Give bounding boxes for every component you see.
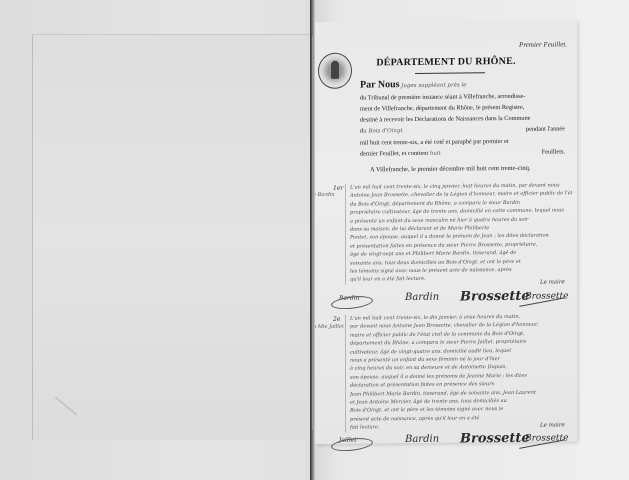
registration-date-line: A Villefranche, le premier décembre mil … — [370, 165, 530, 174]
entry-1-signatures: Bardin Bardin Brossette Brossette — [335, 287, 565, 309]
entry-2-signatures: Jaillet Bardin Brossette Brossette — [335, 429, 565, 451]
signature-mayor: Brossette — [525, 433, 568, 443]
entry-2-le-maire: Le maire — [540, 422, 565, 428]
right-page-register: Premier Feuillet. DÉPARTEMENT DU RHÔNE. … — [315, 19, 577, 444]
handwritten-commune: u Bois d'Oingt — [363, 128, 403, 134]
handwritten-judge: Juges suppléant près le — [401, 82, 466, 89]
signature-witness-2: Brossette — [460, 431, 530, 447]
handwritten-leaf-count: huit — [430, 151, 441, 157]
signature-declarant: Jaillet — [339, 437, 357, 444]
signature-witness-1: Bardin — [405, 434, 439, 445]
birth-entry-1: L'an mil huit cent trente-six, le cinq j… — [345, 181, 572, 284]
scanner-bed-right — [577, 0, 629, 480]
preamble-line-7: dernier Feuillet, et contient huit Feuil… — [360, 146, 565, 160]
department-title: DÉPARTEMENT DU RHÔNE. — [315, 55, 577, 69]
preamble-line5-suffix: pendant l'année — [526, 123, 565, 134]
entry-line: qu'il leur en a été fait lecture. — [350, 274, 572, 285]
signature-witness-1: Bardin — [405, 292, 439, 303]
leaf-label: Premier Feuillet. — [519, 40, 567, 49]
gutter-fold — [312, 36, 314, 430]
signature-mayor: Brossette — [525, 291, 568, 301]
signature-declarant: Bardin — [339, 295, 359, 302]
birth-entry-2: L'an mil huit cent trente-six, le dix ja… — [345, 312, 572, 432]
entry-2-margin-name: Jn Mie Jaillet — [311, 324, 344, 330]
left-page-blank — [32, 34, 312, 440]
entry-1-le-maire: Le maire — [540, 279, 565, 285]
entry-1-number: 1er — [333, 185, 343, 192]
register-preamble: Par Nous Juges suppléant près le du Trib… — [360, 77, 565, 160]
preamble-line7-prefix: dernier Feuillet, et contient — [360, 150, 428, 158]
seal-figure — [331, 61, 339, 79]
preamble-line7-suffix: Feuillets. — [542, 146, 565, 157]
title-rule-divider — [415, 72, 485, 74]
page-crease — [55, 396, 78, 416]
signature-witness-2: Brossette — [460, 289, 530, 305]
preamble-prefix: Par Nous — [360, 79, 400, 90]
entry-2-number: 2e — [333, 316, 340, 323]
tribunal-seal-icon — [318, 53, 352, 89]
